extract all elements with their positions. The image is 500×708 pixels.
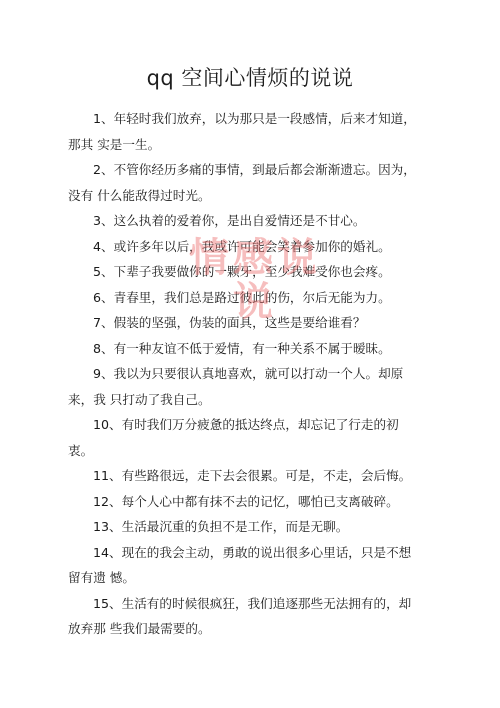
list-item: 4、或许多年以后，我或许可能会笑着参加你的婚礼。	[68, 234, 418, 260]
list-item: 9、我以为只要很认真地喜欢，就可以打动一个人。却原来，我 只打动了我自己。	[68, 361, 418, 412]
list-item: 8、有一种友谊不低于爱情，有一种关系不属于暧昧。	[68, 336, 418, 362]
list-item: 13、生活最沉重的负担不是工作，而是无聊。	[68, 514, 418, 540]
list-item: 1、年轻时我们放弃，以为那只是一段感情，后来才知道，那其 实是一生。	[68, 106, 418, 157]
quote-list: 1、年轻时我们放弃，以为那只是一段感情，后来才知道，那其 实是一生。 2、不管你…	[68, 106, 418, 642]
list-item: 11、有些路很远，走下去会很累。可是，不走，会后悔。	[68, 463, 418, 489]
page-title: qq 空间心情烦的说说	[0, 62, 500, 92]
list-item: 7、假装的坚强，伪装的面具，这些是要给谁看？	[68, 310, 418, 336]
list-item: 5、下辈子我要做你的一颗牙，至少我难受你也会疼。	[68, 259, 418, 285]
list-item: 2、不管你经历多痛的事情，到最后都会渐渐遗忘。因为，没有 什么能敌得过时光。	[68, 157, 418, 208]
list-item: 3、这么执着的爱着你，是出自爱情还是不甘心。	[68, 208, 418, 234]
list-item: 10、有时我们万分疲惫的抵达终点，却忘记了行走的初衷。	[68, 412, 418, 463]
list-item: 15、生活有的时候很疯狂，我们追逐那些无法拥有的，却放弃那 些我们最需要的。	[68, 591, 418, 642]
list-item: 6、青春里，我们总是路过彼此的伤，尔后无能为力。	[68, 285, 418, 311]
list-item: 14、现在的我会主动，勇敢的说出很多心里话，只是不想留有遗 憾。	[68, 540, 418, 591]
list-item: 12、每个人心中都有抹不去的记忆，哪怕已支离破碎。	[68, 489, 418, 515]
